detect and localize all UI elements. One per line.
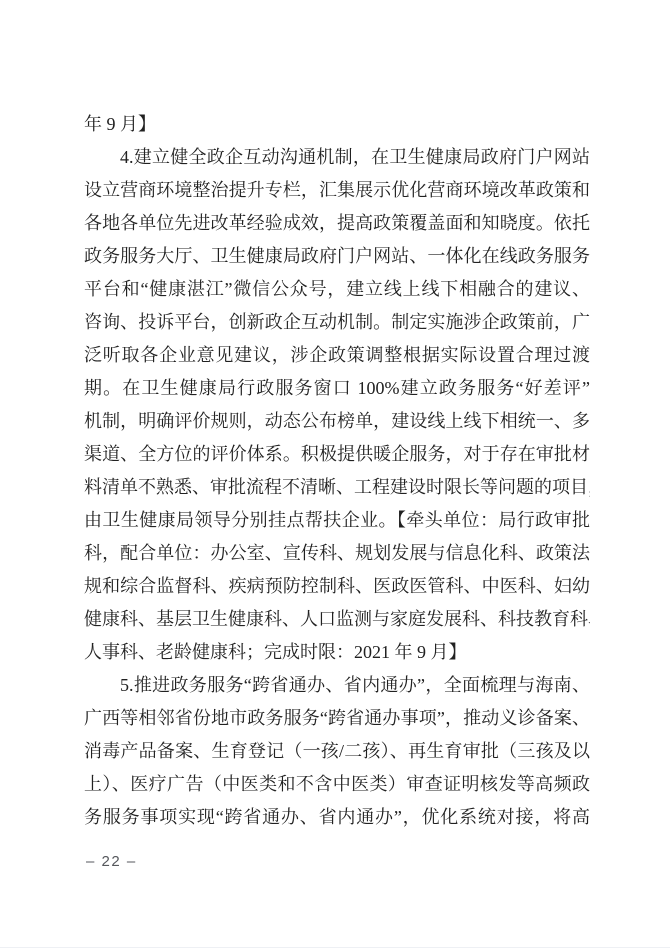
- text-line: 设立营商环境整治提升专栏，汇集展示优化营商环境改革政策和: [84, 174, 590, 207]
- paragraph-item-5: 5.推进政务服务“跨省通办、省内通办”，全面梳理与海南、 广西等相邻省份地市政务…: [84, 669, 590, 834]
- text-line: 规和综合监督科、疾病预防控制科、医政医管科、中医科、妇幼: [84, 570, 590, 603]
- text-line: 上）、医疗广告（中医类和不含中医类）审查证明核发等高频政: [84, 768, 590, 801]
- text-line: 渠道、全方位的评价体系。积极提供暖企服务，对于存在审批材: [84, 438, 590, 471]
- text-line: 由卫生健康局领导分别挂点帮扶企业。【牵头单位：局行政审批: [84, 504, 590, 537]
- text-line: 泛听取各企业意见建议，涉企政策调整根据实际设置合理过渡: [84, 339, 590, 372]
- text-line: 广西等相邻省份地市政务服务“跨省通办事项”，推动义诊备案、: [84, 702, 590, 735]
- paragraph-item-4: 4.建立健全政企互动沟通机制，在卫生健康局政府门户网站 设立营商环境整治提升专栏…: [84, 141, 590, 669]
- text-line: 机制，明确评价规则，动态公布榜单，建设线上线下相统一、多: [84, 405, 590, 438]
- text-line: 政务服务大厅、卫生健康局政府门户网站、一体化在线政务服务: [84, 240, 590, 273]
- document-page: 年 9 月】 4.建立健全政企互动沟通机制，在卫生健康局政府门户网站 设立营商环…: [0, 0, 670, 948]
- text-line: 5.推进政务服务“跨省通办、省内通办”，全面梳理与海南、: [84, 669, 590, 702]
- text-line: 务服务事项实现“跨省通办、省内通办”，优化系统对接，将高: [84, 801, 590, 834]
- text-line: 各地各单位先进改革经验成效，提高政策覆盖面和知晓度。依托: [84, 207, 590, 240]
- text-line: 料清单不熟悉、审批流程不清晰、工程建设时限长等问题的项目，: [84, 471, 590, 504]
- document-text-block: 年 9 月】 4.建立健全政企互动沟通机制，在卫生健康局政府门户网站 设立营商环…: [84, 108, 590, 834]
- text-line: 科，配合单位：办公室、宣传科、规划发展与信息化科、政策法: [84, 537, 590, 570]
- text-line: 健康科、基层卫生健康科、人口监测与家庭发展科、科技教育科、: [84, 603, 590, 636]
- text-line: 消毒产品备案、生育登记（一孩/二孩）、再生育审批（三孩及以: [84, 735, 590, 768]
- text-line: 年 9 月】: [84, 108, 590, 141]
- text-line: 人事科、老龄健康科；完成时限：2021 年 9 月】: [84, 636, 590, 669]
- text-line: 4.建立健全政企互动沟通机制，在卫生健康局政府门户网站: [84, 141, 590, 174]
- text-line: 期。在卫生健康局行政服务窗口 100%建立政务服务“好差评”: [84, 372, 590, 405]
- page-number: – 22 –: [86, 850, 137, 874]
- paragraph-continuation: 年 9 月】: [84, 108, 590, 141]
- text-line: 平台和“健康湛江”微信公众号，建立线上线下相融合的建议、: [84, 273, 590, 306]
- text-line: 咨询、投诉平台，创新政企互动机制。制定实施涉企政策前，广: [84, 306, 590, 339]
